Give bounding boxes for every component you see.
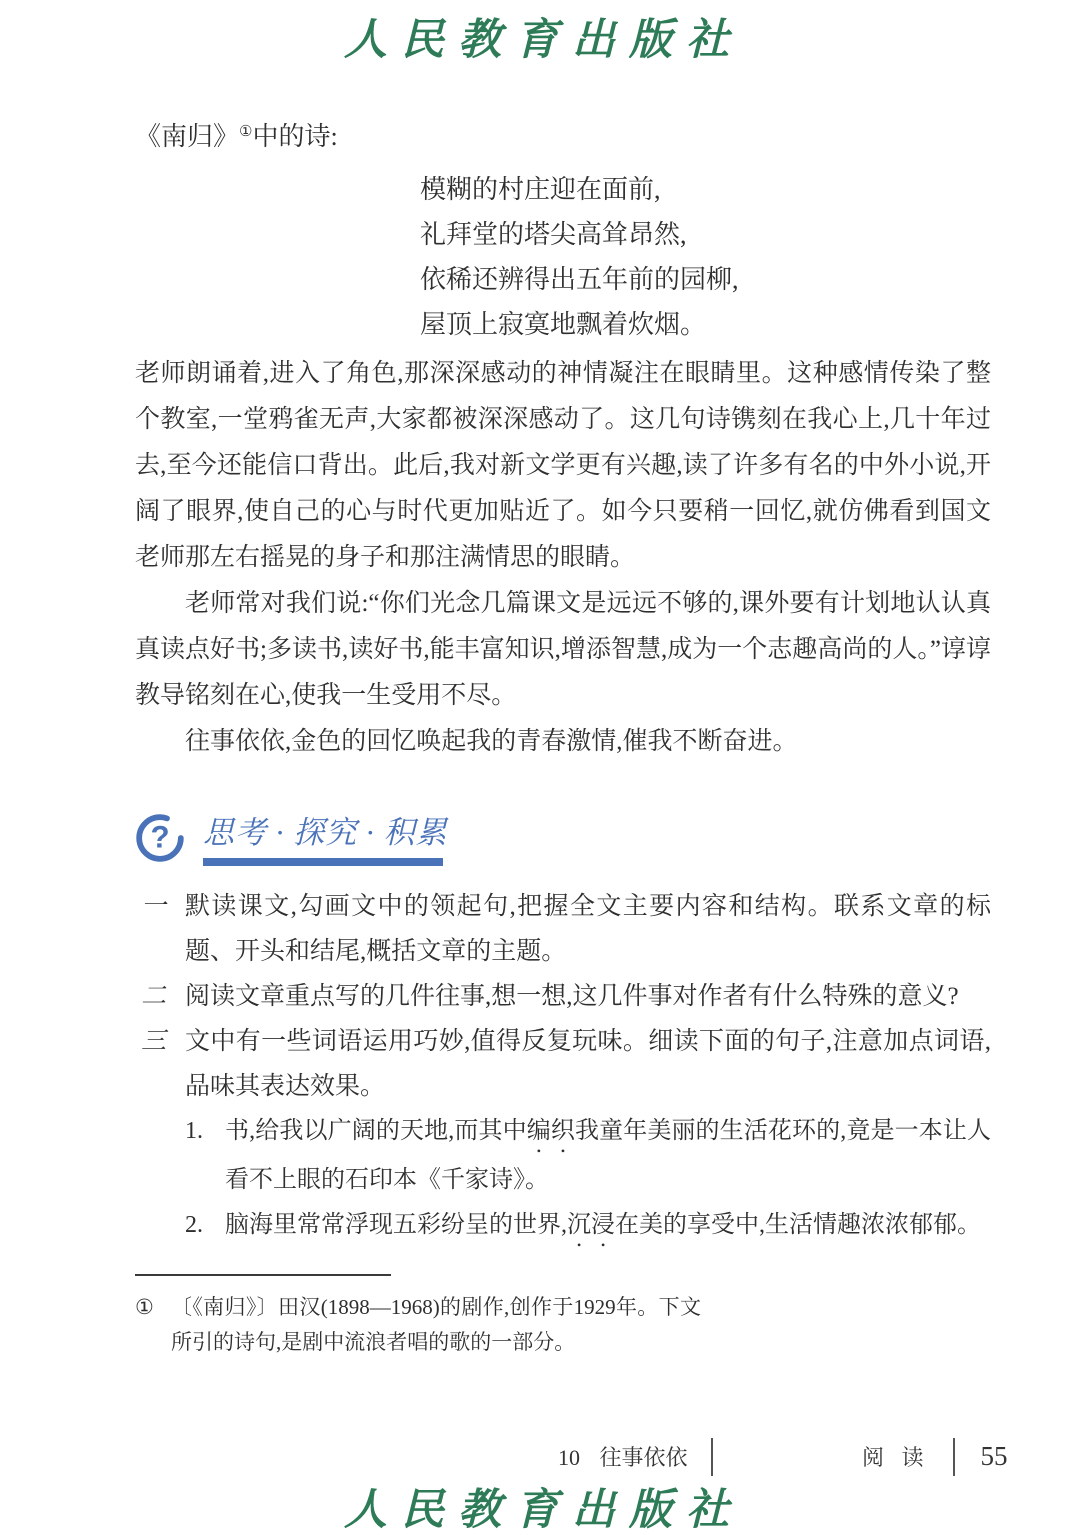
item-text-pre: 脑海里常常浮现五彩纷呈的世界,	[225, 1212, 567, 1238]
poem-line: 模糊的村庄迎在面前,	[420, 167, 991, 212]
textbook-page: 人民教育出版社 《南归》①中的诗: 模糊的村庄迎在面前, 礼拜堂的塔尖高耸昂然,…	[0, 0, 1087, 1535]
svg-text:?: ?	[150, 819, 169, 854]
section-title-underline	[203, 858, 443, 866]
section-title: 思考 · 探究 · 积累	[203, 811, 448, 855]
footnote: ① 〔《南归》〕田汉(1898—1968)的剧作,创作于1929年。下文所引的诗…	[135, 1290, 701, 1360]
item-text-post: 在美的享受中,生活情趣浓浓郁郁。	[615, 1212, 981, 1238]
body-paragraph: 往事依依,金色的回忆唤起我的青春激情,催我不断奋进。	[135, 719, 991, 765]
lesson-number: 10	[558, 1445, 580, 1470]
item-text-pre: 书,给我以广阔的天地,而其中	[225, 1118, 527, 1144]
intro-line: 《南归》①中的诗:	[135, 112, 991, 157]
poem-quote: 模糊的村庄迎在面前, 礼拜堂的塔尖高耸昂然, 依稀还辨得出五年前的园柳, 屋顶上…	[420, 167, 991, 347]
question-text: 默读课文,勾画文中的领起句,把握全文主要内容和结构。联系文章的标题、开头和结尾,…	[185, 893, 991, 965]
question-text: 阅读文章重点写的几件往事,想一想,这几件事对作者有什么特殊的意义?	[185, 983, 959, 1010]
footnote-text: 〔《南归》〕田汉(1898—1968)的剧作,创作于1929年。下文所引的诗句,…	[171, 1295, 701, 1354]
lesson-title: 往事依依	[600, 1445, 688, 1470]
unit-section-label: 阅 读	[862, 1445, 930, 1470]
footnote-reference: ①	[239, 124, 252, 140]
footnote-block: ① 〔《南归》〕田汉(1898—1968)的剧作,创作于1929年。下文所引的诗…	[135, 1274, 991, 1360]
item-number: 1.	[185, 1109, 203, 1154]
poem-line: 依稀还辨得出五年前的园柳,	[420, 257, 991, 302]
poem-line: 礼拜堂的塔尖高耸昂然,	[420, 212, 991, 257]
emphasized-word: 编织	[527, 1118, 575, 1144]
footer-divider-bar	[953, 1438, 955, 1476]
intro-rest: 中的诗:	[252, 122, 337, 151]
item-number: 2.	[185, 1203, 203, 1248]
question-mark-icon: ?	[135, 813, 185, 863]
footer-pagination: 阅 读 55	[862, 1438, 1008, 1476]
publisher-logo-bottom: 人民教育出版社	[0, 1476, 1087, 1535]
question-text: 文中有一些词语运用巧妙,值得反复玩味。细读下面的句子,注意加点词语,品味其表达效…	[185, 1028, 991, 1100]
body-paragraph: 老师朗诵着,进入了角色,那深深感动的神情凝注在眼睛里。这种感情传染了整个教室,一…	[135, 351, 991, 581]
page-content: 《南归》①中的诗: 模糊的村庄迎在面前, 礼拜堂的塔尖高耸昂然, 依稀还辨得出五…	[135, 112, 991, 1360]
emphasized-word: 沉浸	[567, 1212, 615, 1238]
question-three-item-2: 2.脑海里常常浮现五彩纷呈的世界,沉浸在美的享受中,生活情趣浓浓郁郁。	[185, 1203, 991, 1252]
section-title-group: 思考 · 探究 · 积累	[203, 811, 448, 866]
footnote-marker: ①	[135, 1290, 154, 1325]
page-number: 55	[981, 1441, 1008, 1471]
question-number: 一	[141, 884, 166, 929]
publisher-logo-top: 人民教育出版社	[0, 6, 1087, 67]
footer-divider-bar	[711, 1438, 713, 1476]
question-three-item-1: 1.书,给我以广阔的天地,而其中编织我童年美丽的生活花环的,竟是一本让人看不上眼…	[185, 1109, 991, 1203]
footnote-divider	[135, 1274, 391, 1276]
question-one: 一 默读课文,勾画文中的领起句,把握全文主要内容和结构。联系文章的标题、开头和结…	[135, 884, 991, 974]
question-number: 三	[141, 1019, 166, 1064]
exercise-section-header: ? 思考 · 探究 · 积累	[135, 811, 991, 866]
question-number: 二	[141, 974, 166, 1019]
body-paragraph: 老师常对我们说:“你们光念几篇课文是远远不够的,课外要有计划地认认真真读点好书;…	[135, 581, 991, 719]
footer-lesson: 10 往事依依	[558, 1438, 713, 1476]
question-two: 二 阅读文章重点写的几件往事,想一想,这几件事对作者有什么特殊的意义?	[135, 974, 991, 1019]
poem-line: 屋顶上寂寞地飘着炊烟。	[420, 302, 991, 347]
question-three: 三 文中有一些词语运用巧妙,值得反复玩味。细读下面的句子,注意加点词语,品味其表…	[135, 1019, 991, 1252]
book-title: 《南归》	[135, 122, 239, 151]
